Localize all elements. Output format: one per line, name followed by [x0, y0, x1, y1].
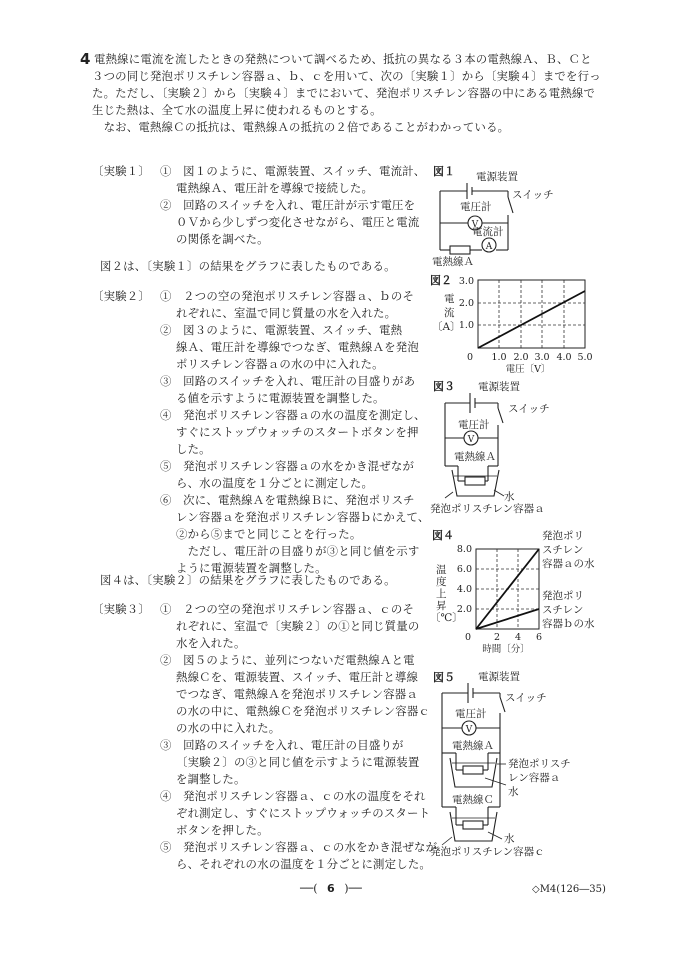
- step-text: ２つの空の発泡ポリスチレン容器ａ、ｃのそ: [172, 602, 414, 616]
- heater-a-label: 電熱線Ａ: [452, 739, 494, 753]
- step-text: を調整した。: [160, 771, 437, 788]
- y-tick: 6.0: [457, 564, 472, 575]
- y-tick: 4.0: [457, 584, 472, 595]
- step-text: 発泡ポリスチレン容器ａ、ｃの水をかき混ぜなが: [172, 840, 438, 854]
- step-number: ①: [160, 602, 172, 616]
- y-tick: 2.0: [457, 604, 472, 615]
- step-number: ③: [160, 738, 172, 752]
- legend-line: 発泡ポリ: [542, 529, 595, 543]
- step-text: ②から⑤までと同じことを行った。: [160, 526, 430, 543]
- step-number: ⑥: [160, 493, 172, 507]
- step-text: 回路のスイッチを入れ、電圧計が示す電圧を: [172, 198, 416, 212]
- step-number: ①: [160, 164, 172, 178]
- y-tick: 8.0: [457, 544, 472, 555]
- step-number: ⑤: [160, 459, 172, 473]
- step-text: ポリスチレン容器ａの水の中に入れた。: [160, 356, 430, 373]
- voltmeter-symbol: V: [467, 435, 475, 445]
- container-c-label: 発泡ポリスチレン容器ｃ: [430, 845, 545, 859]
- series-line: [478, 291, 585, 348]
- step-text: ボタンを押した。: [160, 822, 437, 839]
- voltmeter-label: 電圧計: [460, 200, 492, 214]
- experiment3-steps: ① ２つの空の発泡ポリスチレン容器ａ、ｃのそ れぞれに、室温で〔実験２〕の①と同…: [160, 601, 437, 873]
- question-intro: 電熱線に電流を流したときの発熱について調べるため、抵抗の異なる３本の電熱線Ａ、Ｂ…: [94, 51, 601, 136]
- question-number: 4: [80, 50, 90, 68]
- step-text: の水の中に、電熱線Ｃを発泡ポリスチレン容器ｃ: [160, 703, 437, 720]
- figure-5: 図５: [430, 665, 610, 860]
- step-number: ②: [160, 653, 172, 667]
- series-line-b: [476, 609, 539, 629]
- step-text: 発泡ポリスチレン容器ａの水の温度を測定し、: [172, 408, 426, 422]
- step-text: レン容器ａを発泡ポリスチレン容器ｂにかえて、: [160, 509, 430, 526]
- page-number-dash: ──(: [300, 882, 318, 895]
- intro-line: ３つの同じ発泡ポリスチレン容器ａ、ｂ、ｃを用いて、次の〔実験１〕から〔実験４〕ま…: [92, 68, 601, 85]
- x-tick: 4.0: [556, 352, 571, 363]
- step-text: 発泡ポリスチレン容器ａ、ｃの水の温度をそれ: [172, 789, 426, 803]
- intro-line: 生じた熱は、全て水の温度上昇に使われるものとする。: [92, 102, 601, 119]
- step-number: ④: [160, 789, 172, 803]
- step-number: ⑤: [160, 840, 172, 854]
- step-text: ぞれ測定し、すぐにストップウォッチのスタート: [160, 805, 437, 822]
- experiment3-label: 〔実験３〕: [92, 601, 150, 618]
- step-text: ら、それぞれの水の温度を１分ごとに測定した。: [160, 856, 437, 873]
- intro-line: 電熱線に電流を流したときの発熱について調べるため、抵抗の異なる３本の電熱線Ａ、Ｂ…: [94, 51, 601, 68]
- page-number-dash: )──: [344, 882, 362, 895]
- y-tick: 1.0: [459, 320, 474, 331]
- power-supply-label: 電源装置: [478, 380, 520, 394]
- power-supply-label: 電源装置: [476, 170, 518, 184]
- step-number: ②: [160, 198, 172, 212]
- container-label: 発泡ポリスチレン容器ａ: [430, 502, 545, 516]
- legend-line: 発泡ポリ: [542, 589, 595, 603]
- step-text: れぞれに、室温で同じ質量の水を入れた。: [160, 305, 430, 322]
- voltmeter-symbol: V: [465, 725, 473, 735]
- step-text: ら、水の温度を１分ごとに測定した。: [160, 475, 430, 492]
- figure-3: 図３ V 電源装置: [430, 378, 605, 518]
- step-text: の関係を調べた。: [160, 231, 425, 248]
- intro-line: なお、電熱線Ｃの抵抗は、電熱線Ａの抵抗の２倍であることがわかっている。: [92, 119, 601, 136]
- y-tick: 3.0: [459, 276, 474, 287]
- water-a-label: 水: [508, 785, 519, 799]
- step-text: れぞれに、室温で〔実験２〕の①と同じ質量の: [160, 618, 437, 635]
- step-text: ２つの空の発泡ポリスチレン容器ａ、ｂのそ: [172, 289, 414, 303]
- ammeter-symbol: A: [485, 242, 493, 252]
- page-number-value: 6: [321, 882, 341, 895]
- x-axis-label: 時間〔分〕: [482, 643, 530, 655]
- experiment1-steps: ① 図１のように、電源装置、スイッチ、電流計、 電熱線Ａ、電圧計を導線で接続した…: [160, 163, 425, 248]
- figure-2-plot: 3.0 2.0 1.0 0 1.0 2.0 3.0 4.0 5.0 電圧〔V〕: [428, 270, 608, 375]
- step-text: 図３のように、電源装置、スイッチ、電熱: [172, 323, 403, 337]
- step-text: した。: [160, 441, 430, 458]
- voltmeter-label: 電圧計: [458, 418, 490, 432]
- step-text: 次に、電熱線Ａを電熱線Ｂに、発泡ポリスチ: [172, 493, 415, 507]
- x-axis-label: 電圧〔V〕: [506, 364, 551, 375]
- legend-line: 容器ｂの水: [542, 617, 595, 631]
- heater-c-label: 電熱線Ｃ: [452, 793, 494, 807]
- switch-label: スイッチ: [505, 691, 547, 705]
- exam-code: ◇M4(126―35): [532, 884, 606, 895]
- step-number: ①: [160, 289, 172, 303]
- legend-series-a: 発泡ポリ スチレン 容器ａの水: [542, 529, 595, 571]
- x-tick: 0: [465, 632, 471, 643]
- experiment1-result-note: 図２は、〔実験１〕の結果をグラフに表したものである。: [100, 258, 396, 275]
- experiment2-label: 〔実験２〕: [92, 288, 150, 305]
- step-text: すぐにストップウォッチのスタートボタンを押: [160, 424, 430, 441]
- step-number: ④: [160, 408, 172, 422]
- x-tick: 5.0: [577, 352, 592, 363]
- container-a-label: 発泡ポリスチ: [508, 757, 571, 771]
- step-text: 図１のように、電源装置、スイッチ、電流計、: [172, 164, 426, 178]
- legend-line: スチレン: [542, 603, 595, 617]
- step-text: 回路のスイッチを入れ、電圧計の目盛りが: [172, 738, 404, 752]
- figure-4-chart: 図４ 温 度 上 昇 〔℃〕 8.0 6.0 4.0 2.0 0 2 4 6 時…: [428, 525, 608, 655]
- step-text: 〔実験２〕の③と同じ値を示すように電源装置: [160, 754, 437, 771]
- figure-2-chart: 図２ 電 流 〔A〕 3.0 2.0 1.0 0 1.0 2.0 3.0 4.0…: [428, 270, 608, 375]
- x-tick: 0: [467, 352, 473, 363]
- step-text: る値を示すように電源装置を調整した。: [160, 390, 430, 407]
- voltmeter-label: 電圧計: [455, 707, 487, 721]
- ammeter-label: 電流計: [472, 225, 504, 239]
- heater-label: 電熱線Ａ: [454, 450, 496, 464]
- figure-3-circuit-diagram: V: [430, 378, 605, 518]
- container-a-label: レン容器ａ: [508, 771, 560, 785]
- switch-label: スイッチ: [512, 188, 554, 202]
- step-text: 水を入れた。: [160, 635, 437, 652]
- experiment2-result-note: 図４は、〔実験２〕の結果をグラフに表したものである。: [100, 572, 396, 589]
- step-text: ０Ｖから少しずつ変化させながら、電圧と電流: [160, 214, 425, 231]
- step-text: ただし、電圧計の目盛りが③と同じ値を示す: [160, 543, 430, 560]
- step-text: の水の中に入れた。: [160, 720, 437, 737]
- legend-series-b: 発泡ポリ スチレン 容器ｂの水: [542, 589, 595, 631]
- step-number: ②: [160, 323, 172, 337]
- series-line-a: [476, 549, 539, 629]
- switch-label: スイッチ: [508, 402, 550, 416]
- step-number: ③: [160, 374, 172, 388]
- legend-line: 容器ａの水: [542, 557, 595, 571]
- step-text: 線Ａ、電圧計を導線でつなぎ、電熱線Ａを発泡: [160, 339, 430, 356]
- intro-line: た。ただし、〔実験２〕から〔実験４〕までにおいて、発泡ポリスチレン容器の中にある…: [92, 85, 601, 102]
- step-text: 電熱線Ａ、電圧計を導線で接続した。: [160, 180, 425, 197]
- step-text: でつなぎ、電熱線Ａを発泡ポリスチレン容器ａ: [160, 686, 437, 703]
- x-tick: 4: [515, 632, 521, 643]
- x-tick: 1.0: [491, 352, 506, 363]
- x-tick: 3.0: [534, 352, 549, 363]
- x-tick: 6: [536, 632, 542, 643]
- y-tick: 2.0: [459, 298, 474, 309]
- step-text: 発泡ポリスチレン容器ａの水をかき混ぜなが: [172, 459, 414, 473]
- x-tick: 2.0: [513, 352, 528, 363]
- step-text: 図５のように、並列につないだ電熱線Ａと電: [172, 653, 415, 667]
- water-c-label: 水: [504, 832, 515, 846]
- step-text: 回路のスイッチを入れ、電圧計の目盛りがあ: [172, 374, 416, 388]
- step-text: 熱線Ｃを、電源装置、スイッチ、電圧計と導線: [160, 669, 437, 686]
- legend-line: スチレン: [542, 543, 595, 557]
- heater-label: 電熱線Ａ: [432, 255, 474, 269]
- figure-1: 図１ V A 電源装置 スイッチ 電圧計 電流計 電熱線Ａ: [430, 163, 605, 268]
- power-supply-label: 電源装置: [478, 670, 520, 684]
- experiment1-label: 〔実験１〕: [92, 163, 150, 180]
- x-tick: 2: [494, 632, 500, 643]
- page-number: ──( 6 )──: [300, 882, 362, 895]
- experiment2-steps: ① ２つの空の発泡ポリスチレン容器ａ、ｂのそ れぞれに、室温で同じ質量の水を入れ…: [160, 288, 430, 577]
